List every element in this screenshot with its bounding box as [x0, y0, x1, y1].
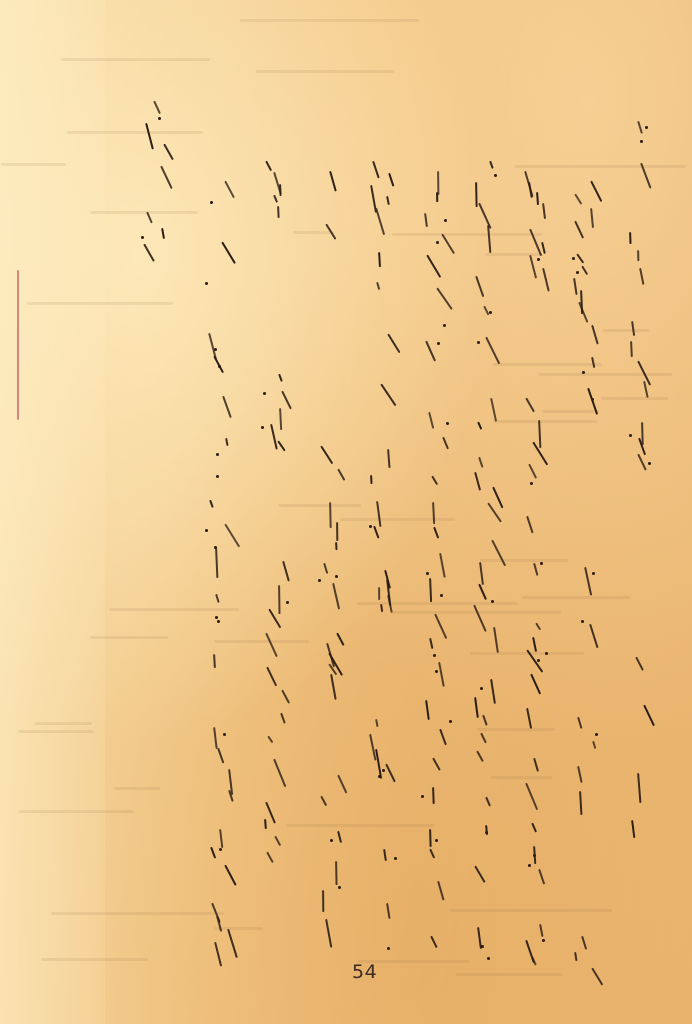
manuscript-column: [315, 170, 349, 960]
manuscript-column: [625, 120, 659, 820]
manuscript-column: [470, 160, 504, 950]
manuscript-column: [140, 100, 174, 280]
manuscript-column: [365, 160, 399, 960]
page-number: 54: [352, 961, 377, 983]
manuscript-column: [570, 180, 604, 940]
manuscript-column: [260, 160, 294, 950]
manuscript-column: [420, 170, 454, 950]
manuscript-text-columns: [100, 100, 640, 960]
manuscript-column: [205, 180, 239, 940]
red-margin-line: [17, 270, 19, 420]
manuscript-column: [520, 170, 554, 970]
left-margin-highlight: [0, 0, 105, 1024]
